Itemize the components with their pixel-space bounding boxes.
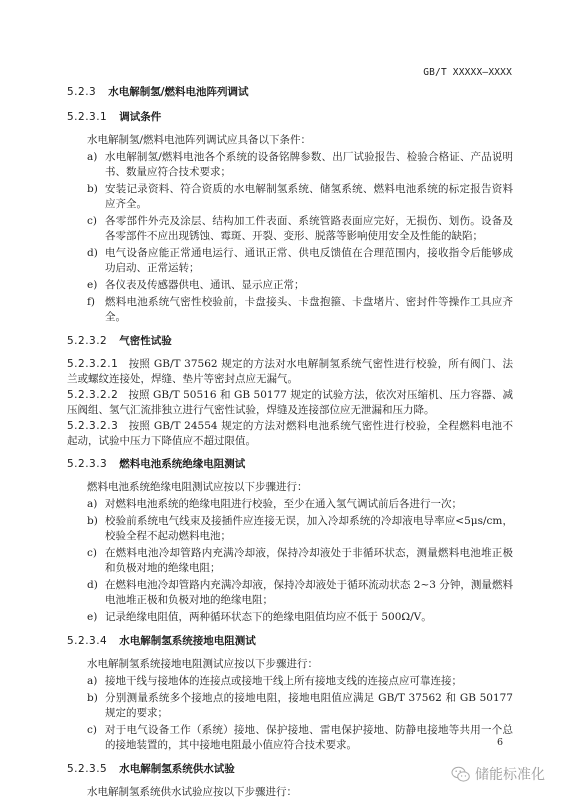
list-item: b)校验前系统电气线束及接插件应连接无误，加入冷却系统的冷却液电导率应<5μs/… <box>67 514 513 544</box>
paragraph-text: 按照 GB/T 24554 规定的方法对燃料电池系统气密性进行校验，全程燃料电池… <box>67 420 513 447</box>
list-text: 在燃料电池冷却管路内充满冷却液，保持冷却液处于非循环状态，测量燃料电池堆正极和负… <box>105 546 513 576</box>
subsection-number: 5.2.3.4 <box>67 635 107 647</box>
paragraph-number: 5.2.3.2.3 <box>67 420 118 432</box>
subsection-title: 水电解制氢系统供水试验 <box>119 761 235 776</box>
list-text: 安装记录资料、符合资质的水电解制氢系统、储氢系统、燃料电池系统的标定报告资料应齐… <box>105 182 513 212</box>
subsection-title: 调试条件 <box>119 109 161 124</box>
paragraph-number: 5.2.3.2.1 <box>67 358 118 370</box>
paragraph-number: 5.2.3.2.2 <box>67 389 118 401</box>
intro-text: 水电解制氢系统接地电阻测试应按以下步骤进行： <box>67 657 513 672</box>
list-text: 水电解制氢/燃料电池各个系统的设备铭牌参数、出厂试验报告、检验合格证、产品说明书… <box>105 150 513 180</box>
list-item: e)各仪表及传感器供电、通讯、显示应正常； <box>67 278 513 293</box>
numbered-paragraph: 5.2.3.2.2按照 GB/T 50516 和 GB 50177 规定的试验方… <box>67 388 513 417</box>
subsection-heading-conditions: 5.2.3.1 调试条件 <box>67 109 513 126</box>
numbered-paragraph: 5.2.3.2.1按照 GB/T 37562 规定的方法对水电解制氢系统气密性进… <box>67 357 513 386</box>
numbered-paragraph: 5.2.3.2.3按照 GB/T 24554 规定的方法对燃料电池系统气密性进行… <box>67 419 513 448</box>
subsection-number: 5.2.3.2 <box>67 335 107 347</box>
list-label: d) <box>87 578 105 608</box>
standard-code-header: GB/T XXXXX—XXXX <box>423 67 512 78</box>
section-heading: 5.2.3 水电解制氢/燃料电池阵列调试 <box>67 84 513 101</box>
list-text: 在燃料电池冷却管路内充满冷却液，保持冷却液处于循环流动状态 2~3 分钟，测量燃… <box>105 578 513 608</box>
list-item: a)对燃料电池系统的绝缘电阻进行校验，至少在通入氢气调试前后各进行一次； <box>67 497 513 512</box>
section-title: 水电解制氢/燃料电池阵列调试 <box>108 84 248 99</box>
list-text: 接地干线与接地体的连接点或接地干线上所有接地支线的连接点应可靠连接； <box>105 674 513 689</box>
list-text: 分别测量系统多个接地点的接地电阻，接地电阻值应满足 GB/T 37562 和 G… <box>105 691 513 721</box>
list-item: a)水电解制氢/燃料电池各个系统的设备铭牌参数、出厂试验报告、检验合格证、产品说… <box>67 150 513 180</box>
list-item: c)在燃料电池冷却管路内充满冷却液，保持冷却液处于非循环状态，测量燃料电池堆正极… <box>67 546 513 576</box>
section-number: 5.2.3 <box>67 86 96 98</box>
subsection-heading-grounding: 5.2.3.4 水电解制氢系统接地电阻测试 <box>67 633 513 650</box>
intro-text: 水电解制氢系统供水试验应按以下步骤进行： <box>67 785 513 800</box>
list-item: d)电气设备应能正常通电运行、通讯正常、供电反馈值在合理范围内，接收指令后能够成… <box>67 246 513 276</box>
document-body: 5.2.3 水电解制氢/燃料电池阵列调试 5.2.3.1 调试条件 水电解制氢/… <box>67 84 513 800</box>
list-text: 对燃料电池系统的绝缘电阻进行校验，至少在通入氢气调试前后各进行一次； <box>105 497 513 512</box>
intro-text: 水电解制氢/燃料电池阵列调试应具备以下条件： <box>67 133 513 148</box>
list-text: 对于电气设备工作（系统）接地、保护接地、雷电保护接地、防静电接地等共用一个总的接… <box>105 723 513 753</box>
list-label: d) <box>87 246 105 276</box>
list-label: a) <box>87 674 105 689</box>
list-text: 电气设备应能正常通电运行、通讯正常、供电反馈值在合理范围内，接收指令后能够成功启… <box>105 246 513 276</box>
list-label: c) <box>87 723 105 753</box>
subsection-heading-insulation: 5.2.3.3 燃料电池系统绝缘电阻测试 <box>67 456 513 473</box>
watermark: 储能标准化 <box>451 764 545 784</box>
list-label: e) <box>87 278 105 293</box>
intro-text: 燃料电池系统绝缘电阻测试应按以下步骤进行： <box>67 480 513 495</box>
list-item: d)在燃料电池冷却管路内充满冷却液，保持冷却液处于循环流动状态 2~3 分钟，测… <box>67 578 513 608</box>
subsection-number: 5.2.3.5 <box>67 763 107 775</box>
subsection-heading-airtightness: 5.2.3.2 气密性试验 <box>67 333 513 350</box>
list-label: c) <box>87 546 105 576</box>
list-label: b) <box>87 182 105 212</box>
list-text: 各零部件外壳及涂层、结构加工件表面、系统管路表面应完好，无损伤、划伤。设备及各零… <box>105 214 513 244</box>
list-item: b)分别测量系统多个接地点的接地电阻，接地电阻值应满足 GB/T 37562 和… <box>67 691 513 721</box>
subsection-title: 气密性试验 <box>119 333 172 348</box>
paragraph-text: 按照 GB/T 50516 和 GB 50177 规定的试验方法，依次对压缩机、… <box>67 389 513 416</box>
list-text: 记录绝缘电阻值，两种循环状态下的绝缘电阻值均应不低于 500Ω/V。 <box>105 610 513 625</box>
list-item: c)各零部件外壳及涂层、结构加工件表面、系统管路表面应完好，无损伤、划伤。设备及… <box>67 214 513 244</box>
list-label: a) <box>87 150 105 180</box>
list-label: e) <box>87 610 105 625</box>
list-label: c) <box>87 214 105 244</box>
list-text: 校验前系统电气线束及接插件应连接无误，加入冷却系统的冷却液电导率应<5μs/cm… <box>105 514 513 544</box>
list-label: b) <box>87 691 105 721</box>
subsection-heading-water-supply: 5.2.3.5 水电解制氢系统供水试验 <box>67 761 513 778</box>
page-number: 6 <box>497 737 503 748</box>
list-item: b)安装记录资料、符合资质的水电解制氢系统、储氢系统、燃料电池系统的标定报告资料… <box>67 182 513 212</box>
paragraph-text: 按照 GB/T 37562 规定的方法对水电解制氢系统气密性进行校验，所有阀门、… <box>67 358 513 385</box>
list-label: b) <box>87 514 105 544</box>
list-label: a) <box>87 497 105 512</box>
list-text: 各仪表及传感器供电、通讯、显示应正常； <box>105 278 513 293</box>
wechat-icon <box>451 766 471 783</box>
list-item: f)燃料电池系统气密性校验前，卡盘接头、卡盘抱箍、卡盘堵片、密封件等操作工具应齐… <box>67 295 513 325</box>
list-item: c)对于电气设备工作（系统）接地、保护接地、雷电保护接地、防静电接地等共用一个总… <box>67 723 513 753</box>
list-item: a)接地干线与接地体的连接点或接地干线上所有接地支线的连接点应可靠连接； <box>67 674 513 689</box>
subsection-title: 水电解制氢系统接地电阻测试 <box>119 633 256 648</box>
list-item: e)记录绝缘电阻值，两种循环状态下的绝缘电阻值均应不低于 500Ω/V。 <box>67 610 513 625</box>
subsection-number: 5.2.3.1 <box>67 111 107 123</box>
subsection-title: 燃料电池系统绝缘电阻测试 <box>119 456 245 471</box>
list-label: f) <box>87 295 105 325</box>
watermark-text: 储能标准化 <box>475 764 545 784</box>
list-text: 燃料电池系统气密性校验前，卡盘接头、卡盘抱箍、卡盘堵片、密封件等操作工具应齐全。 <box>105 295 513 325</box>
subsection-number: 5.2.3.3 <box>67 458 107 470</box>
